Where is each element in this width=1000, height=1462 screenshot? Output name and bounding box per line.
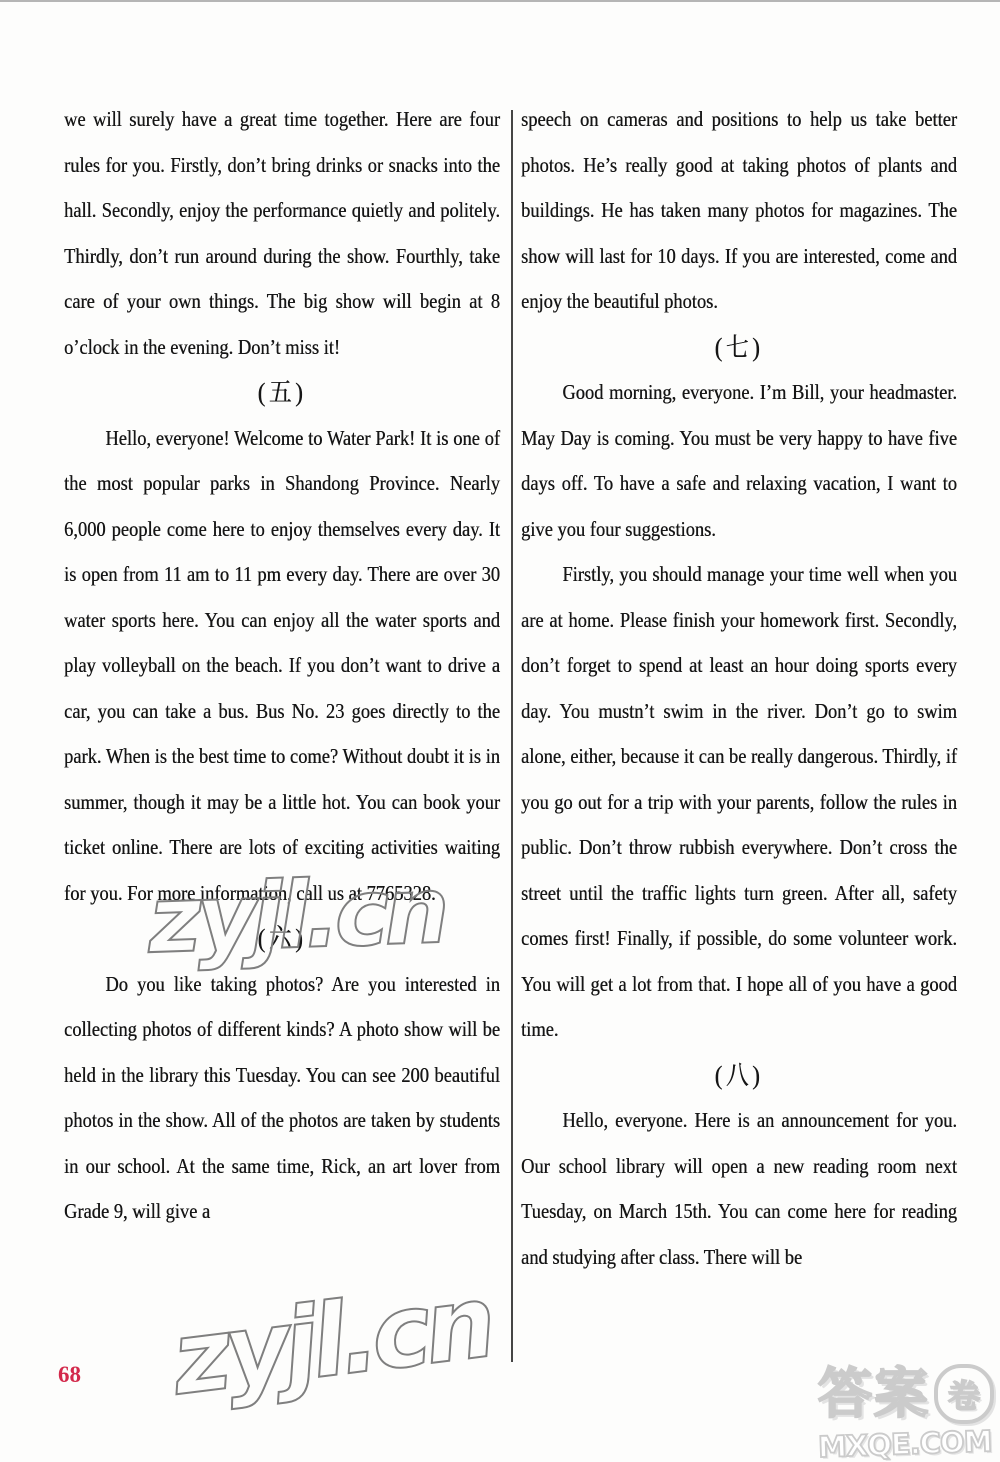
watermark-site-url: MXQE.COM: [817, 1424, 994, 1462]
scanned-book-page: we will surely have a great time togethe…: [0, 0, 1000, 1462]
watermark-answer-badge: 答案 卷 MXQE.COM: [818, 1364, 994, 1461]
paragraph-section-7-body: Firstly, you should manage your time wel…: [521, 552, 957, 1053]
paragraph-section-7-intro: Good morning, everyone. I’m Bill, your h…: [521, 370, 957, 552]
paragraph-continuation-left: we will surely have a great time togethe…: [64, 97, 500, 370]
answer-badge-circle-icon: 卷: [934, 1364, 994, 1424]
section-title-6: (六): [64, 916, 500, 962]
answer-badge-text: 答案: [818, 1367, 930, 1421]
paragraph-section-6: Do you like taking photos? Are you inter…: [64, 962, 500, 1235]
page-number: 68: [58, 1362, 81, 1388]
left-column: we will surely have a great time togethe…: [64, 97, 500, 1235]
section-title-7: (七): [521, 325, 957, 371]
column-divider: [511, 110, 513, 1362]
paragraph-section-8: Hello, everyone. Here is an announcement…: [521, 1098, 957, 1280]
section-title-8: (八): [521, 1053, 957, 1099]
answer-badge-circle-char: 卷: [948, 1371, 980, 1417]
paragraph-section-5: Hello, everyone! Welcome to Water Park! …: [64, 416, 500, 917]
watermark-zyjl-bottom: zyjl.cn: [166, 1263, 496, 1418]
right-column: speech on cameras and positions to help …: [521, 97, 957, 1280]
page-top-edge-line: [0, 0, 1000, 2]
section-title-5: (五): [64, 370, 500, 416]
answer-badge-row: 答案 卷: [818, 1364, 994, 1424]
paragraph-continuation-right: speech on cameras and positions to help …: [521, 97, 957, 325]
